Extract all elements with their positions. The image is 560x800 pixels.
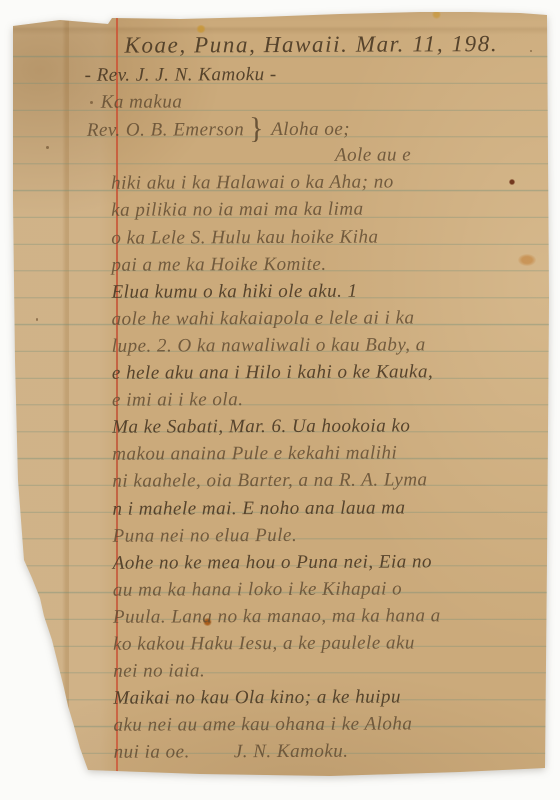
handwritten-dateline: Koae, Puna, Hawaii. Mar. 11, 198.: [0, 27, 559, 62]
handwritten-line: Puna nei no elua Pule.: [1, 520, 560, 550]
letter-paper: Koae, Puna, Hawaii. Mar. 11, 198. - Rev.…: [0, 0, 560, 800]
handwritten-line-end: nui ia oe.: [114, 742, 190, 763]
handwritten-line: aku nei au ame kau ohana i ke Aloha: [1, 710, 560, 740]
handwriting: Koae, Puna, Hawaii. Mar. 11, 198. - Rev.…: [0, 27, 560, 767]
handwritten-line: aole he wahi kakaiapola e lele ai i ka: [0, 304, 560, 334]
handwritten-line: au ma ka hana i loko i ke Kihapai o: [1, 575, 560, 605]
scan-background: { "document_type": "handwritten letter (…: [0, 0, 560, 800]
handwritten-line: lupe. 2. O ka nawaliwali o kau Baby, a: [0, 331, 560, 361]
handwritten-line: Aole au e: [0, 141, 559, 171]
salutation: Aloha oe;: [271, 119, 350, 140]
handwritten-salutation-line: Rev. O. B. Emerson}Aloha oe;: [0, 114, 559, 144]
handwritten-addressee-name: Rev. O. B. Emerson: [87, 119, 245, 141]
handwritten-addressee-line: - Rev. J. J. N. Kamoku -: [0, 60, 559, 90]
handwritten-line: Aohe no ke mea hou o Puna nei, Eia no: [1, 547, 560, 577]
handwritten-signature-line: nui ia oe.J. N. Kamoku.: [1, 737, 560, 767]
handwritten-line: hiki aku i ka Halawai o ka Aha; no: [0, 168, 559, 198]
handwritten-line: Puula. Lana no ka manao, ma ka hana a: [1, 602, 560, 632]
handwritten-line: Maikai no kau Ola kino; a ke huipu: [1, 683, 560, 713]
handwritten-line: nei no iaia.: [1, 656, 560, 686]
handwritten-addressee-line: Ka makua: [0, 87, 559, 117]
handwritten-line: pai a me ka Hoike Komite.: [0, 249, 559, 279]
handwritten-line: o ka Lele S. Hulu kau hoike Kiha: [0, 222, 559, 252]
handwritten-line: e hele aku ana i Hilo i kahi o ke Kauka,: [0, 358, 560, 388]
signature: J. N. Kamoku.: [234, 741, 349, 763]
handwritten-line: Elua kumu o ka hiki ole aku. 1: [0, 277, 560, 307]
curly-brace: }: [249, 114, 264, 144]
handwritten-line: makou anaina Pule e kekahi malihi: [0, 439, 560, 469]
handwritten-line: Ma ke Sabati, Mar. 6. Ua hookoia ko: [0, 412, 560, 442]
handwritten-line: n i mahele mai. E noho ana laua ma: [0, 493, 560, 523]
handwritten-line: ka pilikia no ia mai ma ka lima: [0, 195, 559, 225]
handwritten-line: ni kaahele, oia Barter, a na R. A. Lyma: [0, 466, 560, 496]
handwritten-line: e imi ai i ke ola.: [0, 385, 560, 415]
handwritten-line: ko kakou Haku Iesu, a ke paulele aku: [1, 629, 560, 659]
letter-paper-shadow: Koae, Puna, Hawaii. Mar. 11, 198. - Rev.…: [0, 0, 560, 800]
